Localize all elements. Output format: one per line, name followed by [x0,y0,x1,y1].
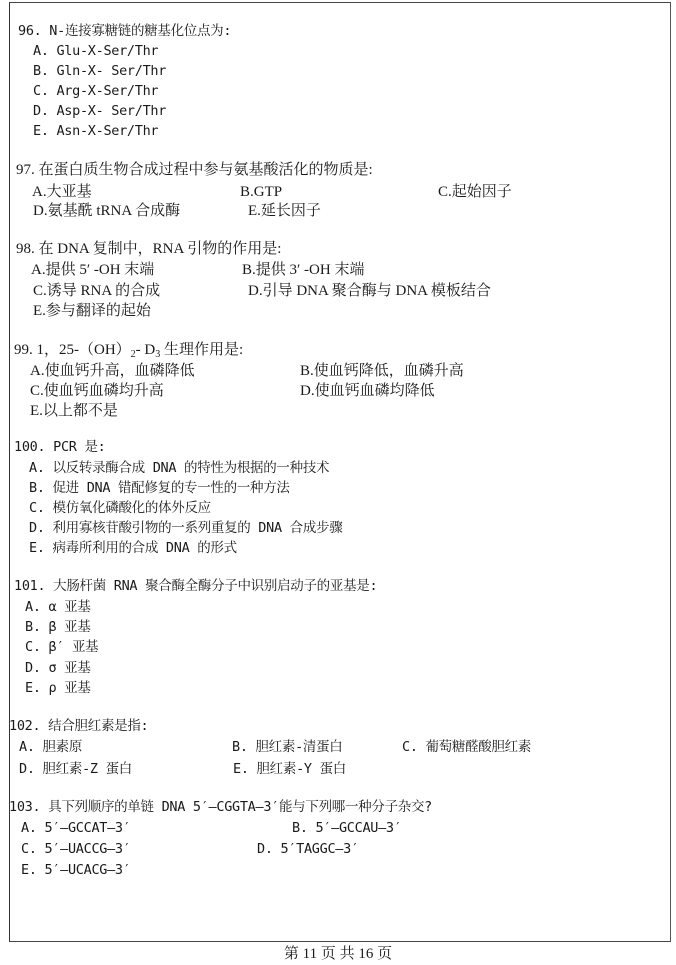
option-a: A.提供 5′ -OH 末端 [31,260,154,280]
option-b: B. Gln-X- Ser/Thr [33,61,166,81]
option-c: C. 模仿氧化磷酸化的体外反应 [29,498,211,518]
option-a: A. 胆素原 [19,737,82,757]
option-c: C.诱导 RNA 的合成 [33,281,160,301]
option-d: D.使血钙血磷均降低 [300,381,435,401]
option-c: C. 5′—UACCG—3′ [21,839,131,859]
option-d: D. 5′TAGGC—3′ [257,839,359,859]
option-b: B.使血钙降低，血磷升高 [300,361,464,381]
option-b: B. β 亚基 [25,617,91,637]
question-stem: 103. 具下列顺序的单链 DNA 5′—CGGTA—3′能与下列哪一种分子杂交… [9,797,432,817]
option-a: A. Glu-X-Ser/Thr [33,41,158,61]
option-b: B. 胆红素-清蛋白 [232,737,343,757]
option-b: B.提供 3′ -OH 末端 [242,260,364,280]
option-d: D. Asp-X- Ser/Thr [33,101,166,121]
option-e: E.以上都不是 [30,401,118,421]
option-d: D. 胆红素-Z 蛋白 [19,759,132,779]
option-d: D.氨基酰 tRNA 合成酶 [33,201,180,221]
option-a: A. 以反转录酶合成 DNA 的特性为根据的一种技术 [29,458,329,478]
option-e: E. ρ 亚基 [25,678,91,698]
option-a: A. 5′—GCCAT—3′ [21,818,131,838]
option-d: D. 利用寡核苷酸引物的一系列重复的 DNA 合成步骤 [29,518,342,538]
option-e: E. 5′—UCACG—3′ [21,860,131,880]
option-a: A.大亚基 [32,182,92,202]
question-stem: 96. N-连接寡糖链的糖基化位点为: [18,21,231,41]
option-c: C.起始因子 [438,182,512,202]
option-a: A. α 亚基 [25,597,91,617]
option-e: E. Asn-X-Ser/Thr [33,121,158,141]
question-stem: 100. PCR 是: [14,437,105,457]
option-e: E. 病毒所利用的合成 DNA 的形式 [29,538,237,558]
question-stem: 102. 结合胆红素是指: [9,716,148,736]
option-a: A.使血钙升高，血磷降低 [30,361,195,381]
option-b: B. 5′—GCCAU—3′ [292,818,402,838]
option-d: D. σ 亚基 [25,658,91,678]
option-c: C. β′ 亚基 [25,637,98,657]
question-stem: 97. 在蛋白质生物合成过程中参与氨基酸活化的物质是: [16,160,373,180]
option-e: E.延长因子 [248,201,321,221]
page-number-footer: 第 11 页 共 16 页 [0,944,676,964]
question-stem: 98. 在 DNA 复制中，RNA 引物的作用是: [16,239,281,259]
option-d: D.引导 DNA 聚合酶与 DNA 模板结合 [248,281,491,301]
option-c: C. 葡萄糖醛酸胆红素 [402,737,531,757]
option-c: C. Arg-X-Ser/Thr [33,81,158,101]
option-b: B.GTP [240,182,282,202]
option-e: E.参与翻译的起始 [33,301,151,321]
option-b: B. 促进 DNA 错配修复的专一性的一种方法 [29,478,290,498]
question-stem: 101. 大肠杆菌 RNA 聚合酶全酶分子中识别启动子的亚基是: [14,576,377,596]
option-c: C.使血钙血磷均升高 [30,381,164,401]
option-e: E. 胆红素-Y 蛋白 [233,759,346,779]
